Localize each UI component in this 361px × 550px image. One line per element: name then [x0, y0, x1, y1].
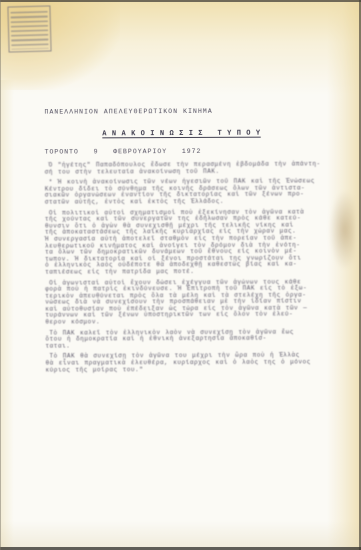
paragraph: Τὸ ΠΑΚ θὰ συνεχίσῃ τὸν ἀγῶνα του μέχρι τ…: [45, 353, 319, 374]
paper-stain-left: [0, 80, 14, 550]
dateline: ΤΟΡΟΝΤΟ 9 ΦΕΒΡΟΥΑΡΙΟΥ 1972: [45, 147, 319, 156]
paper-smudge-right: [329, 190, 355, 270]
text-line: ταπιέσεως εἰς τὴν πατρίδα μας ποτέ.: [45, 268, 319, 276]
paragraph: Ὁ "ἡγέτης" Παπαδόπουλος ἔδωσε τὴν περασμ…: [45, 161, 319, 175]
paragraph: * Ἡ κοινὴ ἀνακοίνωσις τῶν νέων ἡγεσιῶν τ…: [45, 179, 319, 207]
paragraph: Τὸ ΠΑΚ καλεῖ τὸν ἑλληνικὸν λαὸν νὰ συνεχ…: [45, 329, 319, 350]
typewritten-content: ΠΑΝΕΛΛΗΝΙΟΝ ΑΠΕΛΕΥΘΕΡΩΤΙΚΟΝ ΚΙΝΗΜΑ Α Ν Α…: [44, 107, 319, 377]
text-line: κύριος τῆς μοίρας του.": [46, 366, 320, 374]
scan-edge-left: [0, 0, 1, 550]
scanned-document-page: ΠΑΝΕΛΛΗΝΙΟΝ ΑΠΕΛΕΥΘΕΡΩΤΙΚΟΝ ΚΙΝΗΜΑ Α Ν Α…: [0, 0, 361, 550]
document-body: Ὁ "ἡγέτης" Παπαδόπουλος ἔδωσε τὴν περασμ…: [45, 161, 320, 373]
document-title: Α Ν Α Κ Ο Ι Ν Ω Σ Ι Σ Τ Υ Π Ο Υ: [45, 129, 319, 139]
text-line: στατῶν αὐτῆς, ἐντὸς καὶ ἐκτὸς τῆς Ἑλλάδο…: [45, 198, 319, 206]
text-line: σή του στὴν τελευταία ἀνακοίνωση τοῦ ΠΑΚ…: [45, 168, 319, 176]
text-line: θερον κόσμον.: [45, 318, 319, 326]
paper-stain-right: [327, 0, 361, 550]
text-line: ταται.: [45, 342, 319, 350]
paragraph: Οἱ πολιτικοὶ αὐτοὶ σχηματισμοὶ ποὺ ἐξεκί…: [45, 209, 319, 276]
archive-stamp-icon: [7, 5, 51, 52]
paragraph: Οἱ ἀγωνισταὶ αὐτοὶ ἔχουν δώσει ἐχέγγυα τ…: [45, 279, 319, 326]
paper-stain-top: [0, 0, 361, 95]
paper-stain-bottom: [0, 521, 361, 547]
organization-name: ΠΑΝΕΛΛΗΝΙΟΝ ΑΠΕΛΕΥΘΕΡΩΤΙΚΟΝ ΚΙΝΗΜΑ: [44, 107, 318, 116]
scan-edge-top: [0, 0, 361, 2]
